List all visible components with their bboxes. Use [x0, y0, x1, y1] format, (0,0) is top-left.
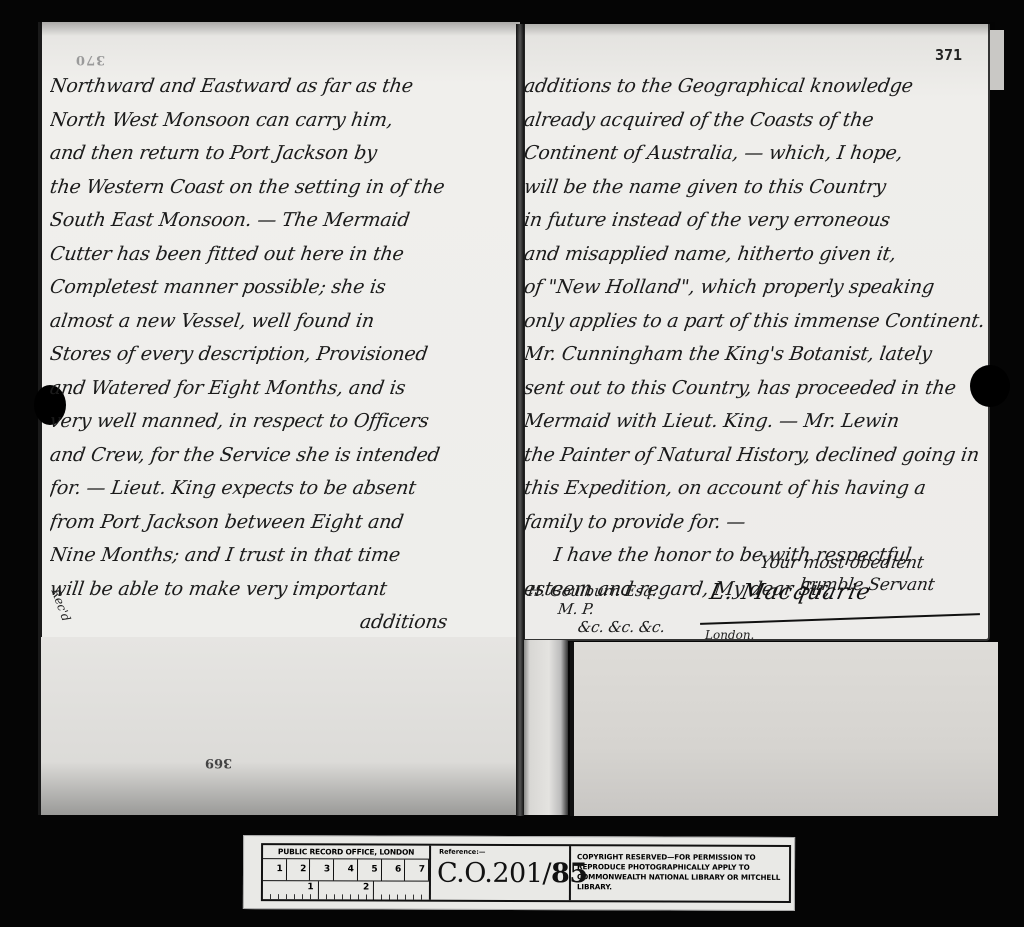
cm-mark: 7 [405, 860, 429, 881]
record-office-name: PUBLIC RECORD OFFICE, LONDON [263, 845, 429, 860]
reference-prefix: C.O.201/ [437, 858, 551, 889]
reference-value: C.O.201/85 [437, 858, 588, 890]
cm-mark: 2 [287, 859, 311, 880]
inch-mark: 1 [263, 881, 319, 899]
left-page-lower-fold [38, 637, 518, 815]
signature-underline [700, 613, 980, 625]
text-line: of "New Holland", which properly speakin… [524, 271, 986, 305]
text-line: sent out to this Country, has proceeded … [524, 372, 986, 406]
cm-mark: 3 [310, 859, 334, 880]
top-shadow [40, 22, 995, 36]
cm-mark: 1 [263, 859, 287, 880]
cm-mark: 5 [358, 859, 382, 880]
inch-mark: 2 [319, 881, 375, 899]
folio-number-left: 370 [75, 52, 105, 67]
text-line: and Crew, for the Service she is intende… [50, 439, 515, 473]
reference-box: Reference:— C.O.201/85 [431, 846, 571, 900]
text-line: Mermaid with Lieut. King. — Mr. Lewin [524, 405, 986, 439]
text-line: family to provide for. — [524, 506, 986, 540]
archive-reference-label: PUBLIC RECORD OFFICE, LONDON 1 2 3 4 5 6… [243, 835, 795, 911]
text-line: will be able to make very important [50, 573, 515, 607]
cm-mark: 4 [334, 859, 358, 880]
page-fold-strip [520, 640, 568, 815]
text-line: Mr. Cunningham the King's Botanist, late… [524, 338, 986, 372]
text-line: only applies to a part of this immense C… [524, 305, 986, 339]
signature-place: London. [705, 628, 754, 642]
text-line: Cutter has been fitted out here in the [50, 238, 515, 272]
label-frame: PUBLIC RECORD OFFICE, LONDON 1 2 3 4 5 6… [261, 843, 791, 903]
inch-mark [374, 881, 429, 899]
text-line: Continent of Australia, — which, I hope, [524, 137, 986, 171]
text-line: and Watered for Eight Months, and is [50, 372, 515, 406]
text-line: Nine Months; and I trust in that time [50, 539, 515, 573]
text-line: this Expedition, on account of his havin… [524, 472, 986, 506]
left-page-handwriting: Northward and Eastward as far as the Nor… [50, 70, 515, 640]
text-line: already acquired of the Coasts of the [524, 104, 986, 138]
text-line: South East Monsoon. — The Mermaid [50, 204, 515, 238]
catchword: additions [50, 606, 515, 640]
right-page-lower-fold [570, 642, 998, 816]
text-line: in future instead of the very erroneous [524, 204, 986, 238]
folio-number-right: 371 [935, 46, 962, 64]
right-page-handwriting: additions to the Geographical knowledge … [524, 70, 986, 606]
inch-scale: 1 2 [263, 881, 429, 900]
reference-number: 85 [551, 858, 588, 889]
text-line: Northward and Eastward as far as the [50, 70, 515, 104]
text-line: very well manned, in respect to Officers [50, 405, 515, 439]
text-line: Stores of every description, Provisioned [50, 338, 515, 372]
folio-number-lower: 369 [205, 755, 232, 770]
text-line: additions to the Geographical knowledge [524, 70, 986, 104]
copyright-notice: COPYRIGHT RESERVED—FOR PERMISSION TO REP… [571, 846, 789, 901]
text-line: and then return to Port Jackson by [50, 137, 515, 171]
valediction-line: Your most obedient [758, 552, 935, 574]
signature: L. Macquarie [707, 580, 873, 605]
text-line: almost a new Vessel, well found in [50, 305, 515, 339]
text-line: from Port Jackson between Eight and [50, 506, 515, 540]
text-line: the Painter of Natural History, declined… [524, 439, 986, 473]
scale-ruler: PUBLIC RECORD OFFICE, LONDON 1 2 3 4 5 6… [263, 845, 431, 900]
signature-block: L. Macquarie [540, 580, 980, 640]
text-line: will be the name given to this Country [524, 171, 986, 205]
text-line: and misapplied name, hitherto given it, [524, 238, 986, 272]
text-line: North West Monsoon can carry him, [50, 104, 515, 138]
text-line: Completest manner possible; she is [50, 271, 515, 305]
reference-label: Reference:— [439, 848, 485, 856]
page-edge [990, 30, 1004, 90]
cm-scale: 1 2 3 4 5 6 7 [263, 859, 429, 882]
cm-mark: 6 [382, 860, 406, 881]
text-line: the Western Coast on the setting in of t… [50, 171, 515, 205]
text-line: for. — Lieut. King expects to be absent [50, 472, 515, 506]
binding-gutter [516, 24, 524, 816]
